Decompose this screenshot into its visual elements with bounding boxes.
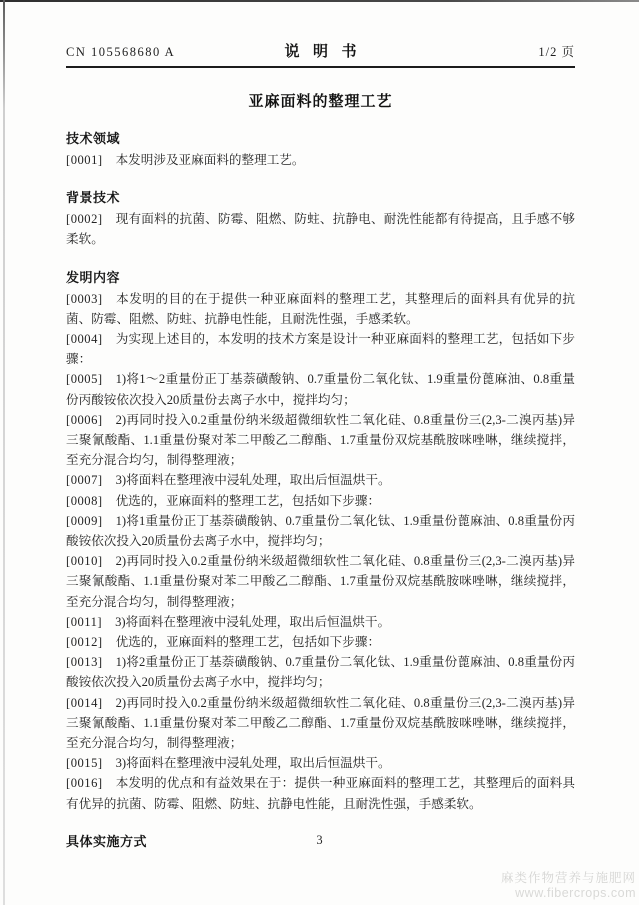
paragraph-number: [0008] xyxy=(66,491,103,511)
paragraph-number: [0007] xyxy=(66,470,103,490)
paragraph-text: 1)将1～2重量份正丁基萘磺酸钠、0.7重量份二氧化钛、1.9重量份蓖麻油、0.… xyxy=(66,372,575,406)
numbered-paragraph: [0005]1)将1～2重量份正丁基萘磺酸钠、0.7重量份二氧化钛、1.9重量份… xyxy=(66,369,575,409)
paragraph-text: 现有面料的抗菌、防霉、阻燃、防蛀、抗静电、耐洗性能都有待提高，且手感不够柔软。 xyxy=(66,212,575,246)
paragraph-text: 1)将1重量份正丁基萘磺酸钠、0.7重量份二氧化钛、1.9重量份蓖麻油、0.8重… xyxy=(66,514,575,548)
section-heading: 技术领域 xyxy=(66,128,575,147)
paragraph-number: [0014] xyxy=(66,693,103,713)
numbered-paragraph: [0001]本发明涉及亚麻面料的整理工艺。 xyxy=(66,150,575,170)
document-section: 背景技术 [0002]现有面料的抗菌、防霉、阻燃、防蛀、抗静电、耐洗性能都有待提… xyxy=(66,187,575,249)
paragraph-text: 3)将面料在整理液中浸轧处理，取出后恒温烘干。 xyxy=(115,615,390,629)
section-heading: 发明内容 xyxy=(66,267,575,286)
paragraph-text: 2)再同时投入0.2重量份纳米级超微细软性二氧化硅、0.8重量份三(2,3-二溴… xyxy=(66,554,575,608)
page-number: 3 xyxy=(0,833,639,848)
paragraph-number: [0009] xyxy=(66,511,103,531)
document-section: 技术领域 [0001]本发明涉及亚麻面料的整理工艺。 xyxy=(66,128,575,170)
paragraph-number: [0013] xyxy=(66,652,103,672)
document-type-label: 说明书 xyxy=(236,40,406,61)
numbered-paragraph: [0006]2)再同时投入0.2重量份纳米级超微细软性二氧化硅、0.8重量份三(… xyxy=(66,410,575,471)
paragraph-text: 本发明的目的在于提供一种亚麻面料的整理工艺，其整理后的面料具有优异的抗菌、防霉、… xyxy=(66,292,575,326)
patent-specification-page: CN 105568680 A 说明书 1/2 页 亚麻面料的整理工艺 技术领域 … xyxy=(0,0,639,905)
numbered-paragraph: [0009]1)将1重量份正丁基萘磺酸钠、0.7重量份二氧化钛、1.9重量份蓖麻… xyxy=(66,511,575,551)
section-heading: 背景技术 xyxy=(66,187,575,206)
paragraph-text: 2)再同时投入0.2重量份纳米级超微细软性二氧化硅、0.8重量份三(2,3-二溴… xyxy=(66,413,575,467)
numbered-paragraph: [0007]3)将面料在整理液中浸轧处理，取出后恒温烘干。 xyxy=(66,470,575,490)
paragraph-number: [0011] xyxy=(66,612,102,632)
paragraph-text: 优选的，亚麻面料的整理工艺，包括如下步骤： xyxy=(116,635,380,649)
watermark-site-url: www.fibercrops.com xyxy=(501,886,636,901)
numbered-paragraph: [0002]现有面料的抗菌、防霉、阻燃、防蛀、抗静电、耐洗性能都有待提高，且手感… xyxy=(66,209,575,249)
paragraph-number: [0002] xyxy=(66,209,103,229)
document-section: 发明内容 [0003]本发明的目的在于提供一种亚麻面料的整理工艺，其整理后的面料… xyxy=(66,267,575,814)
numbered-paragraph: [0015]3)将面料在整理液中浸轧处理，取出后恒温烘干。 xyxy=(66,753,575,773)
page-header: CN 105568680 A 说明书 1/2 页 xyxy=(66,40,575,68)
paragraph-number: [0001] xyxy=(66,150,103,170)
page-content: CN 105568680 A 说明书 1/2 页 亚麻面料的整理工艺 技术领域 … xyxy=(0,0,639,853)
paragraph-number: [0004] xyxy=(66,329,103,349)
section-paragraphs: [0001]本发明涉及亚麻面料的整理工艺。 xyxy=(66,150,575,170)
page-indicator: 1/2 页 xyxy=(405,42,575,60)
numbered-paragraph: [0011]3)将面料在整理液中浸轧处理，取出后恒温烘干。 xyxy=(66,612,575,632)
paragraph-number: [0003] xyxy=(66,289,103,309)
numbered-paragraph: [0012]优选的，亚麻面料的整理工艺，包括如下步骤： xyxy=(66,632,575,652)
paragraph-text: 为实现上述目的，本发明的技术方案是设计一种亚麻面料的整理工艺，包括如下步骤： xyxy=(66,332,575,366)
paragraph-number: [0006] xyxy=(66,410,103,430)
paragraph-text: 3)将面料在整理液中浸轧处理，取出后恒温烘干。 xyxy=(116,473,391,487)
watermark: 麻类作物营养与施肥网 www.fibercrops.com xyxy=(501,871,636,901)
paragraph-text: 3)将面料在整理液中浸轧处理，取出后恒温烘干。 xyxy=(116,756,391,770)
invention-title: 亚麻面料的整理工艺 xyxy=(66,90,575,111)
paragraph-text: 本发明涉及亚麻面料的整理工艺。 xyxy=(116,153,305,167)
numbered-paragraph: [0013]1)将2重量份正丁基萘磺酸钠、0.7重量份二氧化钛、1.9重量份蓖麻… xyxy=(66,652,575,692)
paragraph-text: 优选的，亚麻面料的整理工艺，包括如下步骤： xyxy=(116,494,380,508)
paragraph-number: [0016] xyxy=(66,773,103,793)
numbered-paragraph: [0004]为实现上述目的，本发明的技术方案是设计一种亚麻面料的整理工艺，包括如… xyxy=(66,329,575,369)
document-number: CN 105568680 A xyxy=(66,45,236,60)
numbered-paragraph: [0008]优选的，亚麻面料的整理工艺，包括如下步骤： xyxy=(66,491,575,511)
section-paragraphs: [0002]现有面料的抗菌、防霉、阻燃、防蛀、抗静电、耐洗性能都有待提高，且手感… xyxy=(66,209,575,249)
paragraph-number: [0010] xyxy=(66,551,103,571)
paragraph-number: [0015] xyxy=(66,753,103,773)
paragraph-text: 本发明的优点和有益效果在于：提供一种亚麻面料的整理工艺，其整理后的面料具有优异的… xyxy=(66,776,575,810)
document-body: 技术领域 [0001]本发明涉及亚麻面料的整理工艺。 背景技术 [0002]现有… xyxy=(66,128,575,850)
paragraph-number: [0012] xyxy=(66,632,103,652)
watermark-site-name: 麻类作物营养与施肥网 xyxy=(501,871,636,886)
numbered-paragraph: [0016]本发明的优点和有益效果在于：提供一种亚麻面料的整理工艺，其整理后的面… xyxy=(66,773,575,813)
numbered-paragraph: [0010]2)再同时投入0.2重量份纳米级超微细软性二氧化硅、0.8重量份三(… xyxy=(66,551,575,612)
paragraph-number: [0005] xyxy=(66,369,103,389)
paragraph-text: 2)再同时投入0.2重量份纳米级超微细软性二氧化硅、0.8重量份三(2,3-二溴… xyxy=(66,696,575,750)
numbered-paragraph: [0003]本发明的目的在于提供一种亚麻面料的整理工艺，其整理后的面料具有优异的… xyxy=(66,289,575,329)
paragraph-text: 1)将2重量份正丁基萘磺酸钠、0.7重量份二氧化钛、1.9重量份蓖麻油、0.8重… xyxy=(66,655,575,689)
numbered-paragraph: [0014]2)再同时投入0.2重量份纳米级超微细软性二氧化硅、0.8重量份三(… xyxy=(66,693,575,754)
section-paragraphs: [0003]本发明的目的在于提供一种亚麻面料的整理工艺，其整理后的面料具有优异的… xyxy=(66,289,575,814)
